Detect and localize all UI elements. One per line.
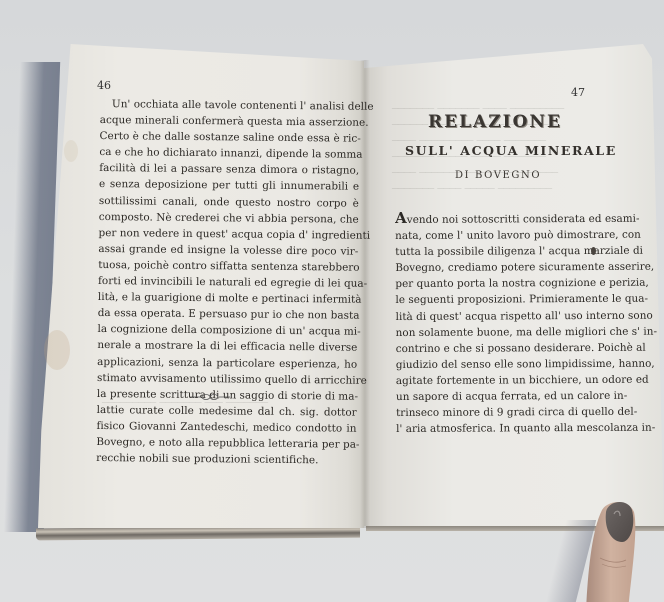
- page-number-left: 46: [97, 79, 111, 92]
- chapter-title: RELAZIONE: [428, 112, 562, 132]
- photo-scene: ─────── ─────── ──── ───────── ────── ──…: [0, 0, 664, 602]
- text-line-first: Avendo noi sottoscritti considerata ed e…: [395, 209, 610, 228]
- text-line: contrino e che si possano desiderare. Po…: [396, 340, 611, 357]
- finger-with-painted-nail: [582, 500, 642, 602]
- text-line: giudizio del senso elle sono limpidissim…: [396, 356, 611, 373]
- right-page-body: Avendo noi sottoscritti considerata ed e…: [395, 209, 611, 437]
- left-page-body: Un' occhiata alle tavole contenenti l' a…: [96, 96, 360, 469]
- bleed-through-text: ─────── ──── ───── ─────────: [392, 182, 552, 198]
- drop-cap: A: [395, 209, 407, 227]
- text-line: tutta la possibile diligenza l' acqua ma…: [395, 243, 610, 260]
- chapter-subtitle: SULL' ACQUA MINERALE: [405, 143, 617, 158]
- text-line: vendo noi sottoscritti considerata ed es…: [407, 213, 640, 226]
- text-line: nerale a mostrare la di lei efficacia ne…: [97, 337, 357, 356]
- text-line: nata, come l' unito lavoro può dimostrar…: [395, 227, 610, 244]
- ornament-divider-icon: [190, 392, 230, 402]
- text-line: le seguenti proposizioni. Primieramente …: [395, 291, 610, 308]
- text-line: per quanto porta la nostra cognizione e …: [395, 275, 610, 292]
- text-line: agitate fortemente in un bicchiere, un o…: [396, 372, 611, 389]
- text-line: lità di quest' acqua rispetto all' uso i…: [396, 307, 611, 324]
- page-number-right: 47: [571, 86, 585, 99]
- page-stain: [44, 330, 70, 370]
- text-line: non solamente buone, ma delle migliori c…: [396, 324, 611, 341]
- text-line: Bovegno, crediamo potere sicuramente ass…: [395, 259, 610, 276]
- text-line: recchie nobili sue produzioni scientific…: [96, 450, 356, 469]
- ink-blot: [591, 247, 596, 255]
- page-stain: [64, 140, 78, 162]
- text-line: un sapore di acqua ferrata, ed un calore…: [396, 388, 611, 405]
- text-line: trinseco minore di 9 gradi circa di quel…: [396, 404, 611, 421]
- chapter-place: DI BOVEGNO: [455, 170, 541, 181]
- text-line: l' aria atmosferica. In quanto alla mesc…: [396, 420, 611, 437]
